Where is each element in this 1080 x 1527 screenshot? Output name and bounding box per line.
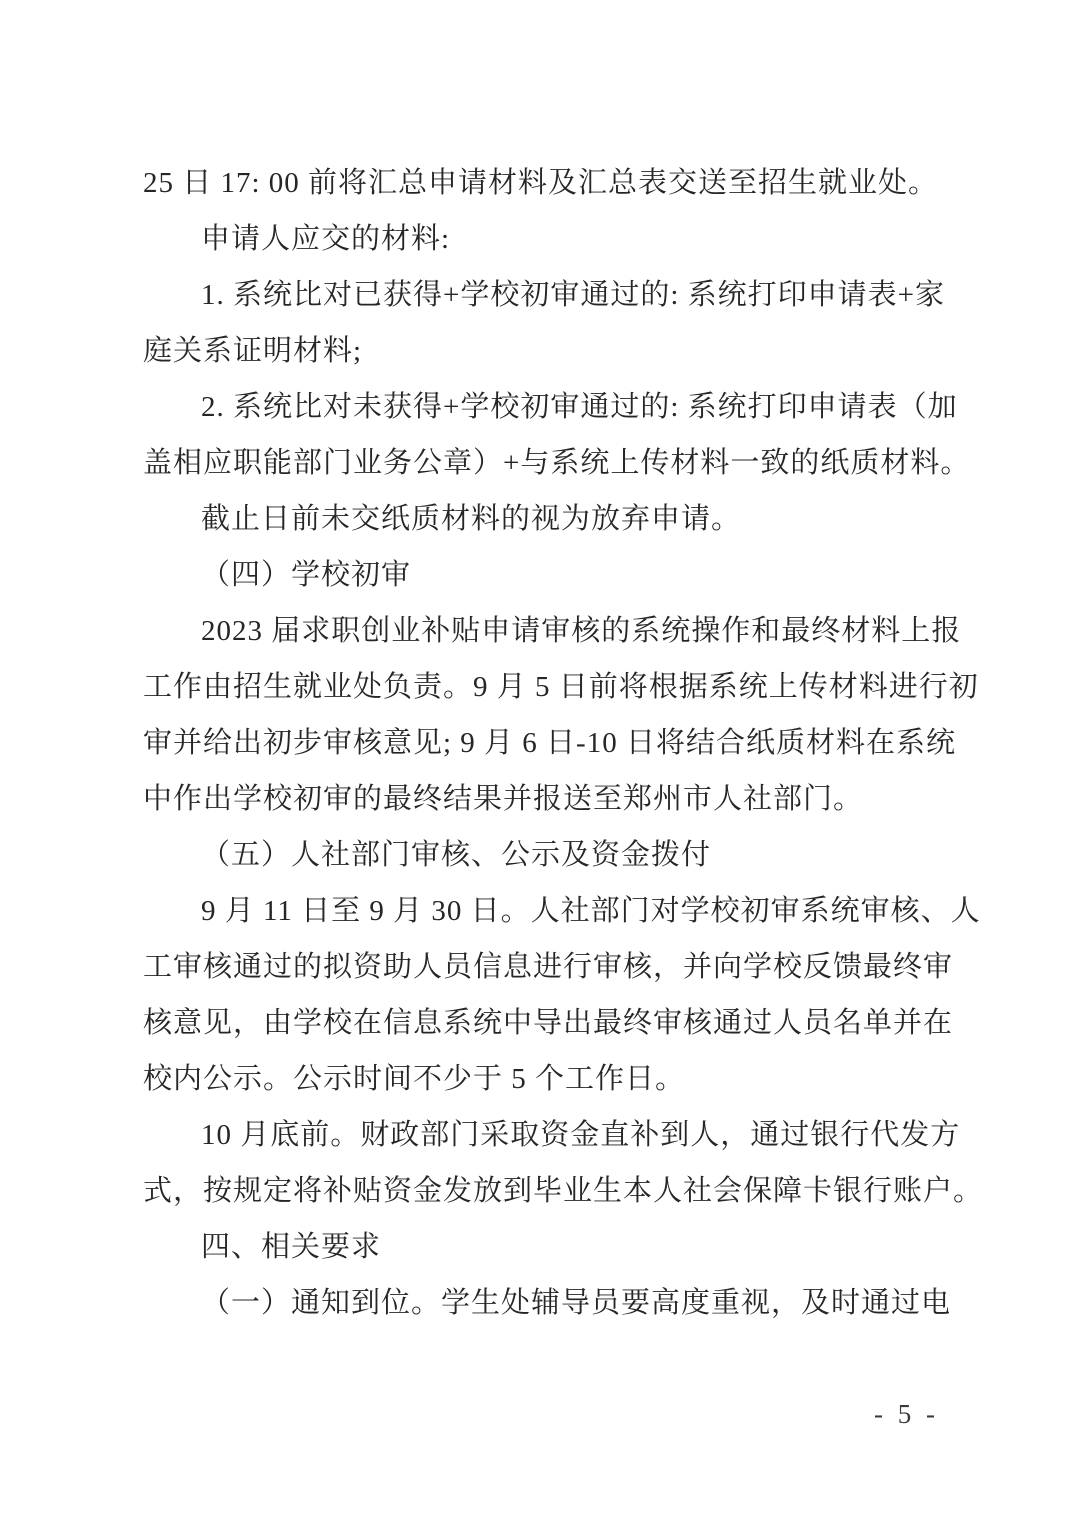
text-line: 10 月底前。财政部门采取资金直补到人，通过银行代发方 <box>143 1107 943 1163</box>
document-body: 25 日 17: 00 前将汇总申请材料及汇总表交送至招生就业处。 申请人应交的… <box>143 155 943 1331</box>
text-line: 核意见，由学校在信息系统中导出最终审核通过人员名单并在 <box>143 995 943 1051</box>
text-line: 校内公示。公示时间不少于 5 个工作日。 <box>143 1051 943 1107</box>
section-heading-requirements: 四、相关要求 <box>143 1219 943 1275</box>
text-line: 工审核通过的拟资助人员信息进行审核，并向学校反馈最终审 <box>143 939 943 995</box>
text-line: 截止日前未交纸质材料的视为放弃申请。 <box>143 491 943 547</box>
text-line: 庭关系证明材料; <box>143 323 943 379</box>
text-line: 2023 届求职创业补贴申请审核的系统操作和最终材料上报 <box>143 603 943 659</box>
page-number: - 5 - <box>874 1399 939 1430</box>
text-line: 工作由招生就业处负责。9 月 5 日前将根据系统上传材料进行初 <box>143 659 943 715</box>
text-line: 25 日 17: 00 前将汇总申请材料及汇总表交送至招生就业处。 <box>143 155 943 211</box>
text-line: 式，按规定将补贴资金发放到毕业生本人社会保障卡银行账户。 <box>143 1163 943 1219</box>
text-line: 9 月 11 日至 9 月 30 日。人社部门对学校初审系统审核、人 <box>143 883 943 939</box>
text-line: 1. 系统比对已获得+学校初审通过的: 系统打印申请表+家 <box>143 267 943 323</box>
text-line: 审并给出初步审核意见; 9 月 6 日-10 日将结合纸质材料在系统 <box>143 715 943 771</box>
document-page: 25 日 17: 00 前将汇总申请材料及汇总表交送至招生就业处。 申请人应交的… <box>0 0 1080 1527</box>
text-line: （一）通知到位。学生处辅导员要高度重视，及时通过电 <box>143 1275 943 1331</box>
text-line: 申请人应交的材料: <box>143 211 943 267</box>
text-line: 盖相应职能部门业务公章）+与系统上传材料一致的纸质材料。 <box>143 435 943 491</box>
section-heading-4: （四）学校初审 <box>143 547 943 603</box>
text-line: 2. 系统比对未获得+学校初审通过的: 系统打印申请表（加 <box>143 379 943 435</box>
text-line: 中作出学校初审的最终结果并报送至郑州市人社部门。 <box>143 771 943 827</box>
section-heading-5: （五）人社部门审核、公示及资金拨付 <box>143 827 943 883</box>
